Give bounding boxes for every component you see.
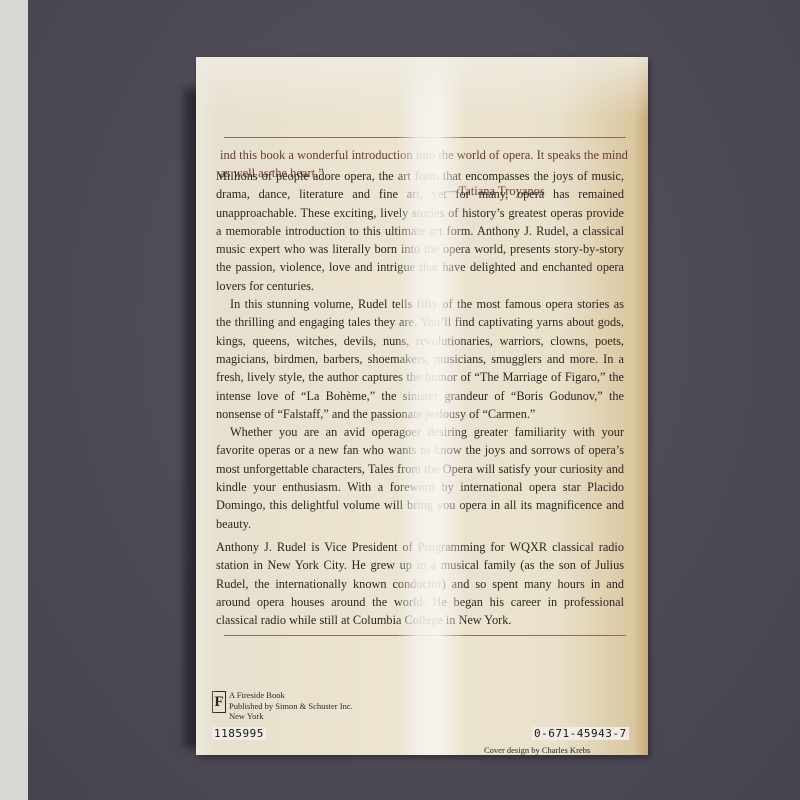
- worn-left-edge: [196, 57, 218, 755]
- description-paragraph: In this stunning volume, Rudel tells fif…: [216, 295, 624, 423]
- wall-strip: [0, 0, 28, 800]
- inventory-code: 1185995: [212, 727, 266, 740]
- cover-credit: Cover design by Charles Krebs: [484, 745, 590, 755]
- author-bio: Anthony J. Rudel is Vice President of Pr…: [216, 538, 624, 629]
- isbn: 0-671-45943-7: [532, 727, 629, 740]
- imprint: A Fireside Book Published by Simon & Sch…: [229, 690, 353, 722]
- description-paragraph: Millions of people adore opera, the art …: [216, 167, 624, 295]
- imprint-line: A Fireside Book: [229, 690, 353, 701]
- description-paragraph: Whether you are an avid operagoer desiri…: [216, 423, 624, 533]
- bottom-rule: [224, 635, 626, 636]
- description: Millions of people adore opera, the art …: [216, 167, 624, 533]
- author-bio-text: Anthony J. Rudel is Vice President of Pr…: [216, 538, 624, 629]
- top-rule: [224, 137, 626, 138]
- book-back-cover: ind this book a wonderful introduction i…: [196, 57, 648, 755]
- fireside-logo-icon: F: [212, 691, 226, 713]
- imprint-line: New York: [229, 711, 353, 722]
- worn-top-edge: [196, 57, 648, 117]
- imprint-line: Published by Simon & Schuster Inc.: [229, 701, 353, 712]
